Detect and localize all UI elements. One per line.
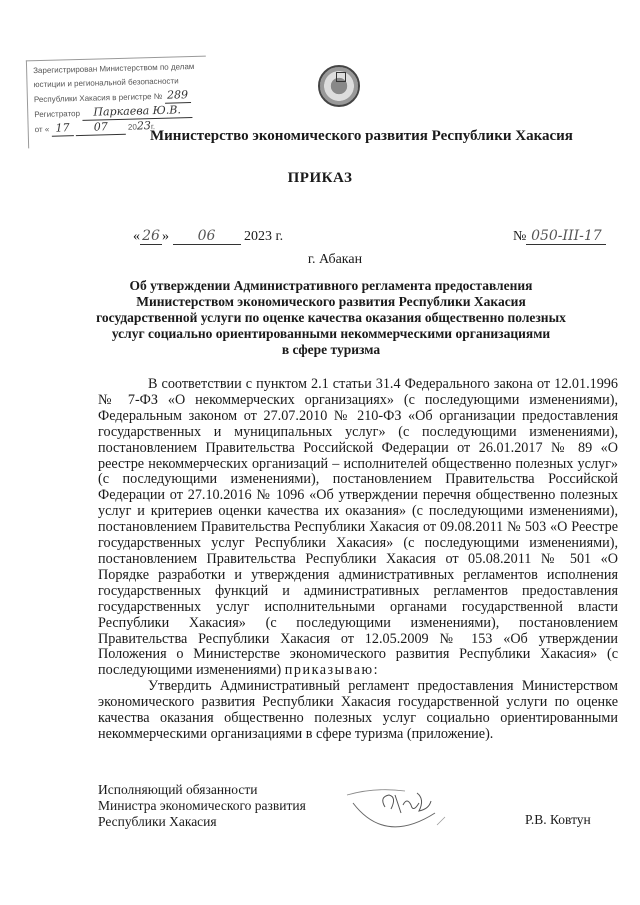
- heading-line: услуг социально ориентированными некомме…: [96, 326, 566, 342]
- stamp-registrar-label: Регистратор: [34, 109, 80, 119]
- heading-line: государственной услуги по оценке качеств…: [96, 310, 566, 326]
- emblem-shield-icon: [336, 72, 346, 82]
- preamble-paragraph: В соответствии с пунктом 2.1 статьи 31.4…: [98, 377, 618, 679]
- stamp-date-year: 23: [137, 119, 151, 132]
- stamp-date-month: 07: [76, 120, 126, 136]
- position-line: Республики Хакасия: [98, 814, 306, 830]
- stamp-registry-number: 289: [164, 88, 190, 104]
- signatory-position: Исполняющий обязанности Министра экономи…: [98, 782, 306, 830]
- date-open-quote: «: [133, 229, 140, 244]
- coat-of-arms-icon: [318, 65, 360, 107]
- order-heading: Об утверждении Административного регламе…: [96, 278, 566, 358]
- number-value: 050-III-17: [526, 228, 606, 245]
- order-date: «26» 06 2023 г.: [133, 228, 283, 245]
- stamp-registrar-signature: Паркаева Ю.В.: [82, 103, 192, 121]
- heading-line: в сфере туризма: [96, 342, 566, 358]
- order-number: №050-III-17: [513, 228, 606, 245]
- position-line: Министра экономического развития: [98, 798, 306, 814]
- handwritten-signature-icon: [345, 785, 455, 840]
- date-month: 06: [173, 228, 241, 245]
- position-line: Исполняющий обязанности: [98, 782, 306, 798]
- date-close-quote: »: [162, 229, 169, 244]
- heading-line: Об утверждении Административного регламе…: [96, 278, 566, 294]
- stamp-date-day: 17: [51, 121, 73, 137]
- heading-line: Министерством экономического развития Ре…: [96, 294, 566, 310]
- signatory-name: Р.В. Ковтун: [525, 812, 591, 828]
- date-day: 26: [140, 228, 162, 245]
- ministry-name: Министерство экономического развития Рес…: [150, 128, 570, 145]
- preamble-text: В соответствии с пунктом 2.1 статьи 31.4…: [98, 376, 618, 678]
- city: г. Абакан: [0, 252, 640, 268]
- number-label: №: [513, 229, 526, 244]
- order-body: В соответствии с пунктом 2.1 статьи 31.4…: [98, 377, 618, 743]
- decision-paragraph: Утвердить Административный регламент пре…: [98, 679, 618, 743]
- document-type: ПРИКАЗ: [0, 170, 640, 187]
- order-word: приказываю:: [285, 662, 379, 678]
- stamp-register-label: Республики Хакасия в регистре №: [34, 92, 163, 104]
- date-year: 2023 г.: [244, 229, 283, 244]
- stamp-date-prefix: от «: [35, 125, 50, 134]
